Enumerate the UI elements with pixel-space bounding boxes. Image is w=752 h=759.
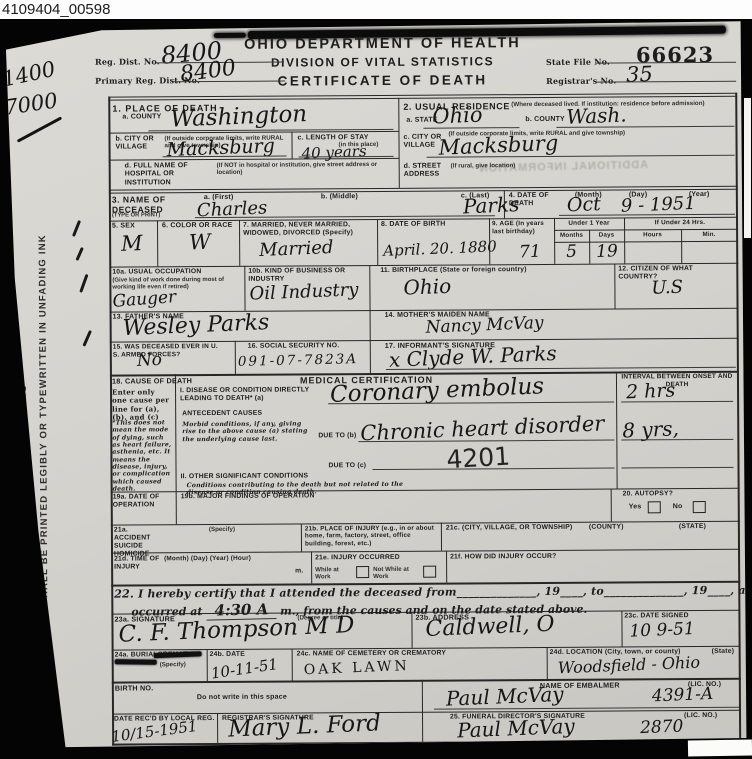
rule	[616, 372, 618, 489]
disease-label: I. DISEASE OR CONDITION DIRECTLY LEADING…	[180, 386, 330, 403]
line	[358, 440, 614, 443]
funeral-lic-value: 2870	[640, 716, 684, 738]
cause-enter-note: Enter only one cause per line for (a), (…	[112, 388, 172, 421]
injury-place-label: 21b. PLACE OF INJURY (e.g., in or about …	[305, 525, 435, 548]
birth-no-label: BIRTH NO.	[115, 684, 154, 693]
rule	[441, 523, 443, 551]
burial-scribble	[115, 659, 157, 664]
scan-filename-label: 4109404_00598	[2, 1, 110, 18]
rule	[554, 241, 738, 244]
rule	[301, 523, 303, 551]
injury-time-label: 21d. TIME OF INJURY	[114, 555, 160, 571]
margin-binding-text: MARGIN RESERVED FOR BINDING	[17, 285, 30, 575]
margin-handwritten-number-1: 1400	[0, 57, 57, 92]
rule	[239, 220, 241, 266]
rule	[369, 265, 371, 373]
antecedent-label: ANTECEDENT CAUSES	[182, 410, 262, 419]
scan-edge-artifact	[744, 98, 751, 238]
rule	[292, 649, 294, 681]
death-month-value: Oct	[566, 193, 601, 216]
place-hospital-label: d. FULL NAME OF HOSPITAL OR INSTITUTION	[125, 162, 211, 187]
accident-specify-note: (Specify)	[209, 526, 235, 533]
death-date-title: 4. DATE OF DEATH	[509, 192, 561, 209]
armed-forces-value: No	[136, 350, 162, 371]
embalmer-lic-value: 4391-A	[652, 684, 714, 706]
burial-state-note: (State)	[712, 648, 735, 656]
injury-not-while-label: Not While at Work	[373, 566, 421, 581]
rule	[175, 374, 177, 524]
age-months-label: Months	[555, 232, 588, 240]
occupation-label: 10a. USUAL OCCUPATION	[112, 268, 237, 277]
margin-check-mark	[79, 274, 88, 293]
rule	[614, 264, 616, 309]
ssn-label: 16. SOCIAL SECURITY NO.	[248, 342, 340, 351]
birthplace-label: 11. BIRTHPLACE (State or foreign country…	[380, 266, 600, 275]
disease-interval-value: 2 hrs	[626, 379, 676, 403]
operation-findings-label: 19b. MAJOR FINDINGS OF OPERATION	[181, 492, 315, 501]
margin-check-mark	[82, 330, 91, 347]
rule	[398, 98, 400, 188]
no-write-note: Do not write in this space	[197, 694, 287, 703]
rule	[446, 551, 448, 583]
margin-ink-text: THIS CERTIFICATE SHALL BE PRINTED LEGIBL…	[36, 130, 51, 715]
rule	[311, 551, 313, 583]
registrar-no-line	[596, 81, 736, 83]
birth-date-label: 8. DATE OF BIRTH	[381, 221, 446, 230]
place-hospital-note: (If NOT in hospital or institution, give…	[217, 161, 393, 176]
injury-county-label: (COUNTY)	[589, 523, 624, 531]
funeral-lic-label: (LIC. NO.)	[684, 712, 717, 720]
sex-value: M	[121, 231, 143, 256]
due-b-label: DUE TO (b)	[318, 432, 356, 440]
residence-county-label: b. COUNTY	[525, 116, 565, 124]
rule	[735, 93, 741, 742]
place-city-label: b. CITY OR VILLAGE	[115, 135, 163, 152]
age-months-value: 5	[566, 242, 578, 262]
reg-dist-label: Reg. Dist. No.	[95, 57, 160, 67]
injury-state-label: (STATE)	[679, 523, 706, 531]
line	[622, 467, 734, 469]
autopsy-no-label: No	[673, 503, 683, 511]
injury-city-label: 21c. (CITY, VILLAGE, OR TOWNSHIP)	[446, 524, 573, 533]
address-value: Caldwell, O	[425, 612, 555, 642]
autopsy-yes-label: Yes	[629, 503, 642, 511]
occupation-value: Gauger	[112, 287, 177, 312]
header-department: OHIO DEPARTMENT OF HEALTH	[210, 35, 555, 54]
age-under-year-label: Under 1 Year	[555, 219, 623, 227]
date-signed-value: 10 9-51	[629, 619, 695, 642]
mother-value: Nancy McVay	[425, 313, 544, 338]
residence-street-label: d. STREET ADDRESS	[404, 163, 448, 180]
injury-occurred-label: 21e. INJURY OCCURRED	[315, 554, 400, 563]
burial-date-value: 10-11-51	[210, 655, 279, 683]
certificate-paper: 1400 7000 MARGIN RESERVED FOR BINDING TH…	[6, 20, 747, 748]
next-page-sliver	[688, 739, 752, 756]
rule	[217, 713, 219, 743]
rule	[291, 132, 293, 159]
place-city-value: Macksburg	[166, 135, 275, 161]
armed-forces-label: 15. WAS DECEASED EVER IN U. S. ARMED FOR…	[113, 343, 225, 359]
age-label: 9. AGE (In years last birthday)	[492, 220, 552, 235]
injury-not-while-checkbox	[423, 566, 436, 578]
injury-m-label: m.	[295, 567, 303, 575]
autopsy-yes-checkbox	[648, 501, 661, 513]
occupation-note: (Give kind of work done during most of w…	[112, 277, 240, 292]
age-hours-label: Hours	[625, 231, 680, 239]
injury-how-label: 21f. HOW DID INJURY OCCUR?	[450, 553, 556, 562]
industry-value: Oil Industry	[249, 279, 359, 304]
rule	[112, 740, 741, 746]
scan-top-strip: 4109404_00598	[0, 0, 752, 19]
marital-value: Married	[259, 237, 334, 261]
morbid-note: Morbid conditions, if any, giving rise t…	[182, 420, 310, 443]
rule	[611, 489, 613, 522]
rule	[621, 610, 623, 646]
embalmer-value: Paul McVay	[445, 682, 564, 711]
other-conditions-label: II. OTHER SIGNIFICANT CONDITIONS	[181, 472, 309, 481]
rule	[422, 680, 424, 742]
line	[621, 401, 733, 403]
citizen-value: U.S	[651, 277, 683, 299]
color-race-value: W	[189, 230, 212, 255]
funeral-director-value: Paul McVay	[457, 714, 576, 743]
age-min-label: Min.	[682, 231, 736, 239]
rule	[244, 266, 246, 311]
autopsy-no-checkbox	[693, 501, 706, 513]
line	[556, 126, 734, 128]
name-middle-label: b. (Middle)	[321, 193, 358, 201]
burial-date-label: 24b. DATE	[210, 651, 245, 659]
due-c-label: DUE TO (c)	[328, 462, 366, 470]
line	[621, 439, 733, 441]
line	[423, 127, 519, 129]
age-days-label: Days	[590, 231, 623, 239]
marital-label: 7. MARRIED, NEVER MARRIED, WIDOWED, DIVO…	[243, 221, 375, 238]
cemetery-value: OAK LAWN	[303, 658, 410, 678]
place-county-label: a. COUNTY	[122, 113, 161, 121]
residence-street-note: (If rural, give location)	[451, 162, 516, 170]
rule	[111, 549, 740, 554]
rule	[207, 649, 209, 681]
cause-label: 18. CAUSE OF DEATH	[112, 377, 192, 386]
accident-label: 21a. ACCIDENT SUICIDE HOMICIDE	[114, 526, 166, 558]
burial-specify-note: (Specify)	[160, 661, 186, 668]
age-under-24-label: If Under 24 Hrs.	[625, 219, 735, 227]
age-years-value: 71	[519, 242, 541, 263]
father-value: Wesley Parks	[122, 310, 270, 341]
ssn-value: 091-07-7823A	[238, 351, 359, 370]
residence-state-value: Ohio	[432, 102, 483, 128]
place-stay-value: 40 years	[301, 142, 367, 163]
margin-check-mark	[75, 247, 83, 261]
registrar-signature-value: Mary L. Ford	[228, 710, 382, 742]
rule	[235, 341, 237, 374]
scanned-death-certificate: 4109404_00598 1400 7000 MARGIN RESERVED …	[0, 0, 752, 759]
autopsy-label: 20. AUTOPSY?	[623, 490, 673, 498]
registrar-no-value: 35	[626, 62, 654, 87]
operation-date-label: 19a. DATE OF OPERATION	[113, 493, 171, 509]
birth-date-value: April. 20. 1880	[383, 237, 497, 260]
injury-time-columns: (Month) (Day) (Year) (Hour)	[164, 554, 300, 562]
cause-footnote: *This does not mean the mode of dying, s…	[112, 419, 172, 492]
cemetery-label: 24c. NAME OF CEMETERY OR CREMATORY	[297, 650, 446, 659]
margin-handwritten-number-2: 7000	[3, 88, 59, 120]
margin-check-mark	[72, 220, 81, 237]
place-county-value: Washington	[170, 101, 308, 133]
age-days-value: 19	[596, 241, 618, 262]
rule	[377, 219, 379, 265]
injury-while-checkbox	[356, 566, 369, 578]
injury-while-label: While at Work	[315, 566, 355, 580]
rule	[547, 647, 549, 679]
margin-form-code: V.S. 11	[17, 600, 26, 646]
name-title-note: (TYPE OR PRINT)	[112, 212, 160, 219]
rule	[157, 220, 159, 266]
residence-county-value: Wash.	[566, 102, 627, 128]
sex-label: 5. SEX	[112, 222, 135, 230]
birthplace-value: Ohio	[403, 274, 452, 300]
